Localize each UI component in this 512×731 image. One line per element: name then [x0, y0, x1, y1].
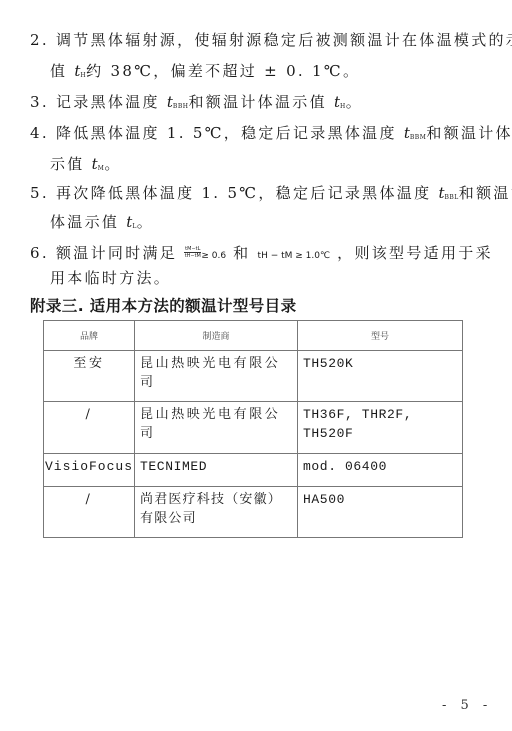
step-text: 和额温计 [459, 184, 512, 202]
fraction-denominator: tH−tM [184, 253, 201, 259]
cell-model: TH36F, THR2F, TH520F [298, 402, 463, 454]
condition-difference: tH − tM ≥ 1.0℃ [258, 251, 331, 261]
step-6-line-2: 用本临时方法。 [50, 268, 171, 288]
subscript: BBL [444, 194, 458, 201]
cell-brand: VisioFocus [44, 454, 135, 487]
manufacturer-line: 尚君医疗科技（安徽） [140, 490, 297, 509]
fraction-numerator: tM−tL [184, 246, 201, 253]
document-page: 2. 调节黑体辐射源，使辐射源稳定后被测额温计在体温模式的示 值 tH约 38℃… [0, 0, 512, 731]
step-text: 约 38℃，偏差不超过 ± 0. 1℃。 [86, 62, 360, 80]
step-text: 。 [137, 213, 154, 231]
subscript: BBM [410, 134, 426, 141]
step-text: 示值 [50, 155, 92, 173]
step-text: 和额温计体温示值 [188, 93, 333, 111]
step-4-line-2: 示值 tM。 [50, 154, 122, 179]
column-header-manufacturer: 制造商 [135, 321, 298, 351]
step-number: 4. [30, 124, 49, 142]
table-row: VisioFocus TECNIMED mod. 06400 [44, 454, 463, 487]
step-text: ，则该型号适用于采 [330, 244, 493, 262]
condition-ratio: ≥ 0.6 [201, 251, 226, 261]
cell-brand: 至安 [44, 351, 135, 402]
subscript: BBH [173, 103, 189, 110]
step-text: 额温计同时满足 [56, 244, 184, 262]
step-5-line-2: 体温示值 tL。 [50, 212, 154, 237]
step-number: 3. [30, 93, 49, 111]
step-text: 和额温计体温 [426, 124, 512, 142]
step-2-line-1: 2. 调节黑体辐射源，使辐射源稳定后被测额温计在体温模式的示 [30, 30, 512, 50]
step-text: 。 [346, 93, 363, 111]
step-text: 用本临时方法。 [50, 269, 171, 287]
cell-brand: / [44, 487, 135, 538]
model-catalog-table: 品牌 制造商 型号 至安 昆山热映光电有限公司 TH520K / 昆山热映光电有… [43, 320, 463, 538]
step-text: 体温示值 [50, 213, 126, 231]
appendix-title: 附录三. 适用本方法的额温计型号目录 [30, 294, 297, 316]
cell-manufacturer: 尚君医疗科技（安徽）有限公司 [135, 487, 298, 538]
step-6-line-1: 6. 额温计同时满足 tM−tLtH−tM≥ 0.6 和 tH − tM ≥ 1… [30, 243, 493, 266]
step-2-line-2: 值 tH约 38℃，偏差不超过 ± 0. 1℃。 [50, 61, 360, 86]
cell-manufacturer: 昆山热映光电有限公司 [135, 351, 298, 402]
step-text: 。 [104, 155, 121, 173]
cell-model: HA500 [298, 487, 463, 538]
cell-model: mod. 06400 [298, 454, 463, 487]
column-header-model: 型号 [298, 321, 463, 351]
manufacturer-line: 司 [140, 424, 297, 443]
manufacturer-line: 昆山热映光电有限公 [140, 405, 297, 424]
step-number: 2. [30, 31, 49, 49]
step-3-line-1: 3. 记录黑体温度 tBBH和额温计体温示值 tH。 [30, 92, 363, 117]
cell-manufacturer: 昆山热映光电有限公司 [135, 402, 298, 454]
table-row: / 昆山热映光电有限公司 TH36F, THR2F, TH520F [44, 402, 463, 454]
cell-model: TH520K [298, 351, 463, 402]
ratio-fraction: tM−tLtH−tM [184, 246, 201, 259]
step-text: 记录黑体温度 [56, 93, 167, 111]
manufacturer-line: 昆山热映光电有限公 [140, 354, 297, 373]
cell-brand: / [44, 402, 135, 454]
step-text: 值 [50, 62, 74, 80]
table-row: 至安 昆山热映光电有限公司 TH520K [44, 351, 463, 402]
manufacturer-line: 有限公司 [140, 509, 297, 528]
column-header-brand: 品牌 [44, 321, 135, 351]
step-text: 调节黑体辐射源，使辐射源稳定后被测额温计在体温模式的示 [56, 31, 512, 49]
manufacturer-line: 司 [140, 373, 297, 392]
table-row: / 尚君医疗科技（安徽）有限公司 HA500 [44, 487, 463, 538]
step-text: 和 [226, 244, 257, 262]
step-number: 6. [30, 244, 49, 262]
step-text: 再次降低黑体温度 1. 5℃，稳定后记录黑体温度 [56, 184, 438, 202]
step-4-line-1: 4. 降低黑体温度 1. 5℃，稳定后记录黑体温度 tBBM和额温计体温 [30, 123, 512, 148]
step-text: 降低黑体温度 1. 5℃，稳定后记录黑体温度 [56, 124, 404, 142]
step-5-line-1: 5. 再次降低黑体温度 1. 5℃，稳定后记录黑体温度 tBBL和额温计 [30, 183, 512, 208]
step-number: 5. [30, 184, 49, 202]
table-header-row: 品牌 制造商 型号 [44, 321, 463, 351]
page-number: - 5 - [442, 698, 492, 713]
cell-manufacturer: TECNIMED [135, 454, 298, 487]
